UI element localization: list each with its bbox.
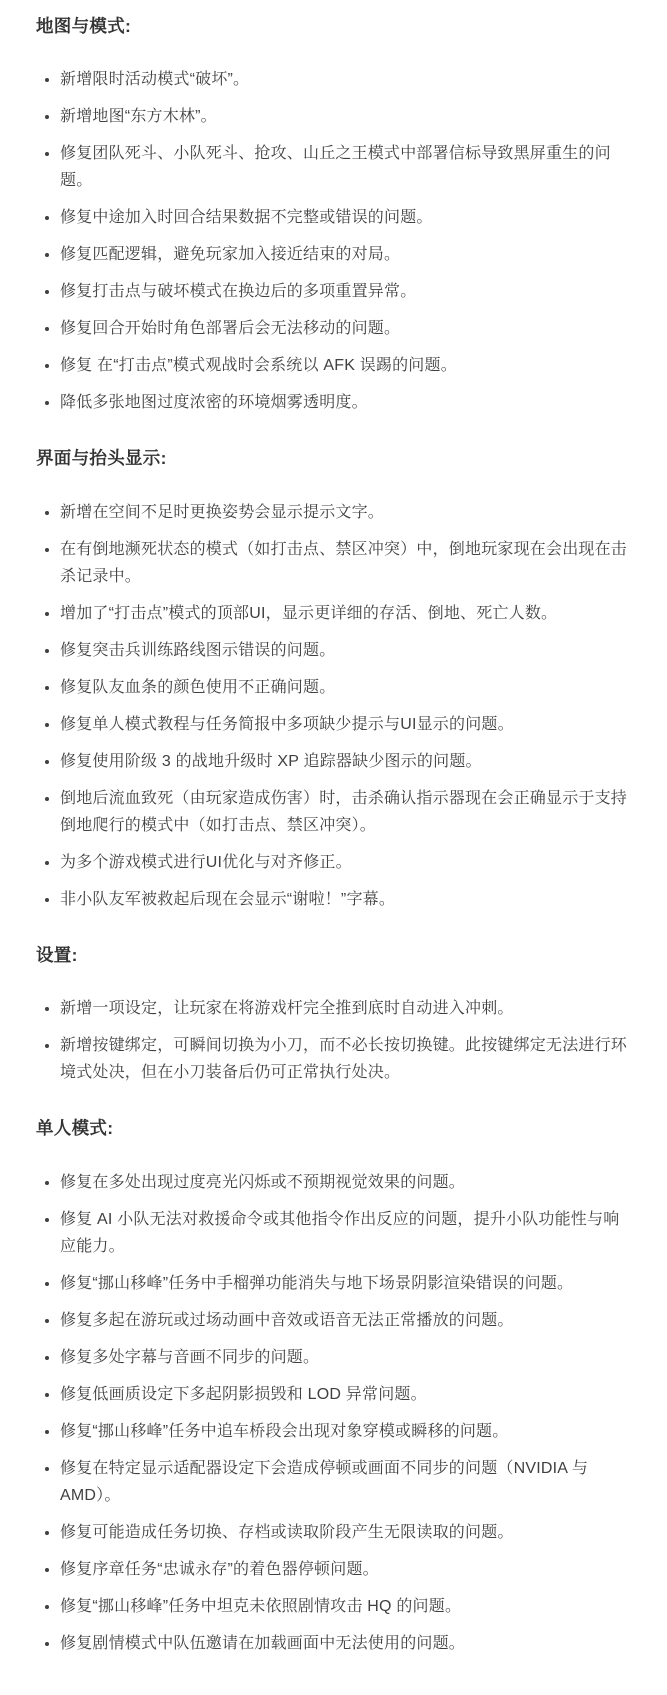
list-item: 修复单人模式教程与任务简报中多项缺少提示与UI显示的问题。	[60, 711, 631, 738]
section-list: 新增限时活动模式“破坏”。新增地图“东方木林”。修复团队死斗、小队死斗、抢攻、山…	[36, 66, 631, 416]
list-item: 修复队友血条的颜色使用不正确问题。	[60, 674, 631, 701]
list-item: 新增地图“东方木林”。	[60, 103, 631, 130]
section-list: 新增一项设定，让玩家在将游戏杆完全推到底时自动进入冲刺。新增按键绑定，可瞬间切换…	[36, 995, 631, 1086]
list-item: 降低多张地图过度浓密的环境烟雾透明度。	[60, 389, 631, 416]
patch-notes-document: 地图与模式:新增限时活动模式“破坏”。新增地图“东方木林”。修复团队死斗、小队死…	[36, 14, 631, 1657]
list-item: 修复中途加入时回合结果数据不完整或错误的问题。	[60, 204, 631, 231]
list-item: 修复使用阶级 3 的战地升级时 XP 追踪器缺少图示的问题。	[60, 748, 631, 775]
list-item: 为多个游戏模式进行UI优化与对齐修正。	[60, 849, 631, 876]
list-item: 修复团队死斗、小队死斗、抢攻、山丘之王模式中部署信标导致黑屏重生的问题。	[60, 140, 631, 194]
section-heading: 界面与抬头显示:	[36, 446, 631, 471]
list-item: 倒地后流血致死（由玩家造成伤害）时，击杀确认指示器现在会正确显示于支持倒地爬行的…	[60, 785, 631, 839]
list-item: 修复在特定显示适配器设定下会造成停顿或画面不同步的问题（NVIDIA 与 AMD…	[60, 1455, 631, 1509]
list-item: 修复“挪山移峰”任务中坦克未依照剧情攻击 HQ 的问题。	[60, 1593, 631, 1620]
list-item: 新增一项设定，让玩家在将游戏杆完全推到底时自动进入冲刺。	[60, 995, 631, 1022]
list-item: 修复在多处出现过度亮光闪烁或不预期视觉效果的问题。	[60, 1169, 631, 1196]
patch-section: 地图与模式:新增限时活动模式“破坏”。新增地图“东方木林”。修复团队死斗、小队死…	[36, 14, 631, 416]
list-item: 修复突击兵训练路线图示错误的问题。	[60, 637, 631, 664]
list-item: 修复序章任务“忠诚永存”的着色器停顿问题。	[60, 1556, 631, 1583]
list-item: 修复 在“打击点”模式观战时会系统以 AFK 误踢的问题。	[60, 352, 631, 379]
patch-section: 界面与抬头显示:新增在空间不足时更换姿势会显示提示文字。在有倒地濒死状态的模式（…	[36, 446, 631, 912]
list-item: 修复 AI 小队无法对救援命令或其他指令作出反应的问题，提升小队功能性与响应能力…	[60, 1206, 631, 1260]
list-item: 修复回合开始时角色部署后会无法移动的问题。	[60, 315, 631, 342]
list-item: 增加了“打击点”模式的顶部UI，显示更详细的存活、倒地、死亡人数。	[60, 600, 631, 627]
section-list: 新增在空间不足时更换姿势会显示提示文字。在有倒地濒死状态的模式（如打击点、禁区冲…	[36, 499, 631, 913]
section-heading: 单人模式:	[36, 1116, 631, 1141]
list-item: 修复“挪山移峰”任务中手榴弹功能消失与地下场景阴影渲染错误的问题。	[60, 1270, 631, 1297]
list-item: 修复剧情模式中队伍邀请在加载画面中无法使用的问题。	[60, 1630, 631, 1657]
section-list: 修复在多处出现过度亮光闪烁或不预期视觉效果的问题。修复 AI 小队无法对救援命令…	[36, 1169, 631, 1657]
list-item: 在有倒地濒死状态的模式（如打击点、禁区冲突）中，倒地玩家现在会出现在击杀记录中。	[60, 536, 631, 590]
patch-section: 设置:新增一项设定，让玩家在将游戏杆完全推到底时自动进入冲刺。新增按键绑定，可瞬…	[36, 943, 631, 1086]
list-item: 修复“挪山移峰”任务中追车桥段会出现对象穿模或瞬移的问题。	[60, 1418, 631, 1445]
list-item: 非小队友军被救起后现在会显示“谢啦！”字幕。	[60, 886, 631, 913]
list-item: 修复打击点与破坏模式在换边后的多项重置异常。	[60, 278, 631, 305]
list-item: 新增限时活动模式“破坏”。	[60, 66, 631, 93]
list-item: 新增按键绑定，可瞬间切换为小刀，而不必长按切换键。此按键绑定无法进行环境式处决，…	[60, 1032, 631, 1086]
list-item: 新增在空间不足时更换姿势会显示提示文字。	[60, 499, 631, 526]
list-item: 修复多起在游玩或过场动画中音效或语音无法正常播放的问题。	[60, 1307, 631, 1334]
section-heading: 地图与模式:	[36, 14, 631, 39]
list-item: 修复可能造成任务切换、存档或读取阶段产生无限读取的问题。	[60, 1519, 631, 1546]
list-item: 修复匹配逻辑，避免玩家加入接近结束的对局。	[60, 241, 631, 268]
list-item: 修复多处字幕与音画不同步的问题。	[60, 1344, 631, 1371]
list-item: 修复低画质设定下多起阴影损毁和 LOD 异常问题。	[60, 1381, 631, 1408]
patch-section: 单人模式:修复在多处出现过度亮光闪烁或不预期视觉效果的问题。修复 AI 小队无法…	[36, 1116, 631, 1656]
section-heading: 设置:	[36, 943, 631, 968]
